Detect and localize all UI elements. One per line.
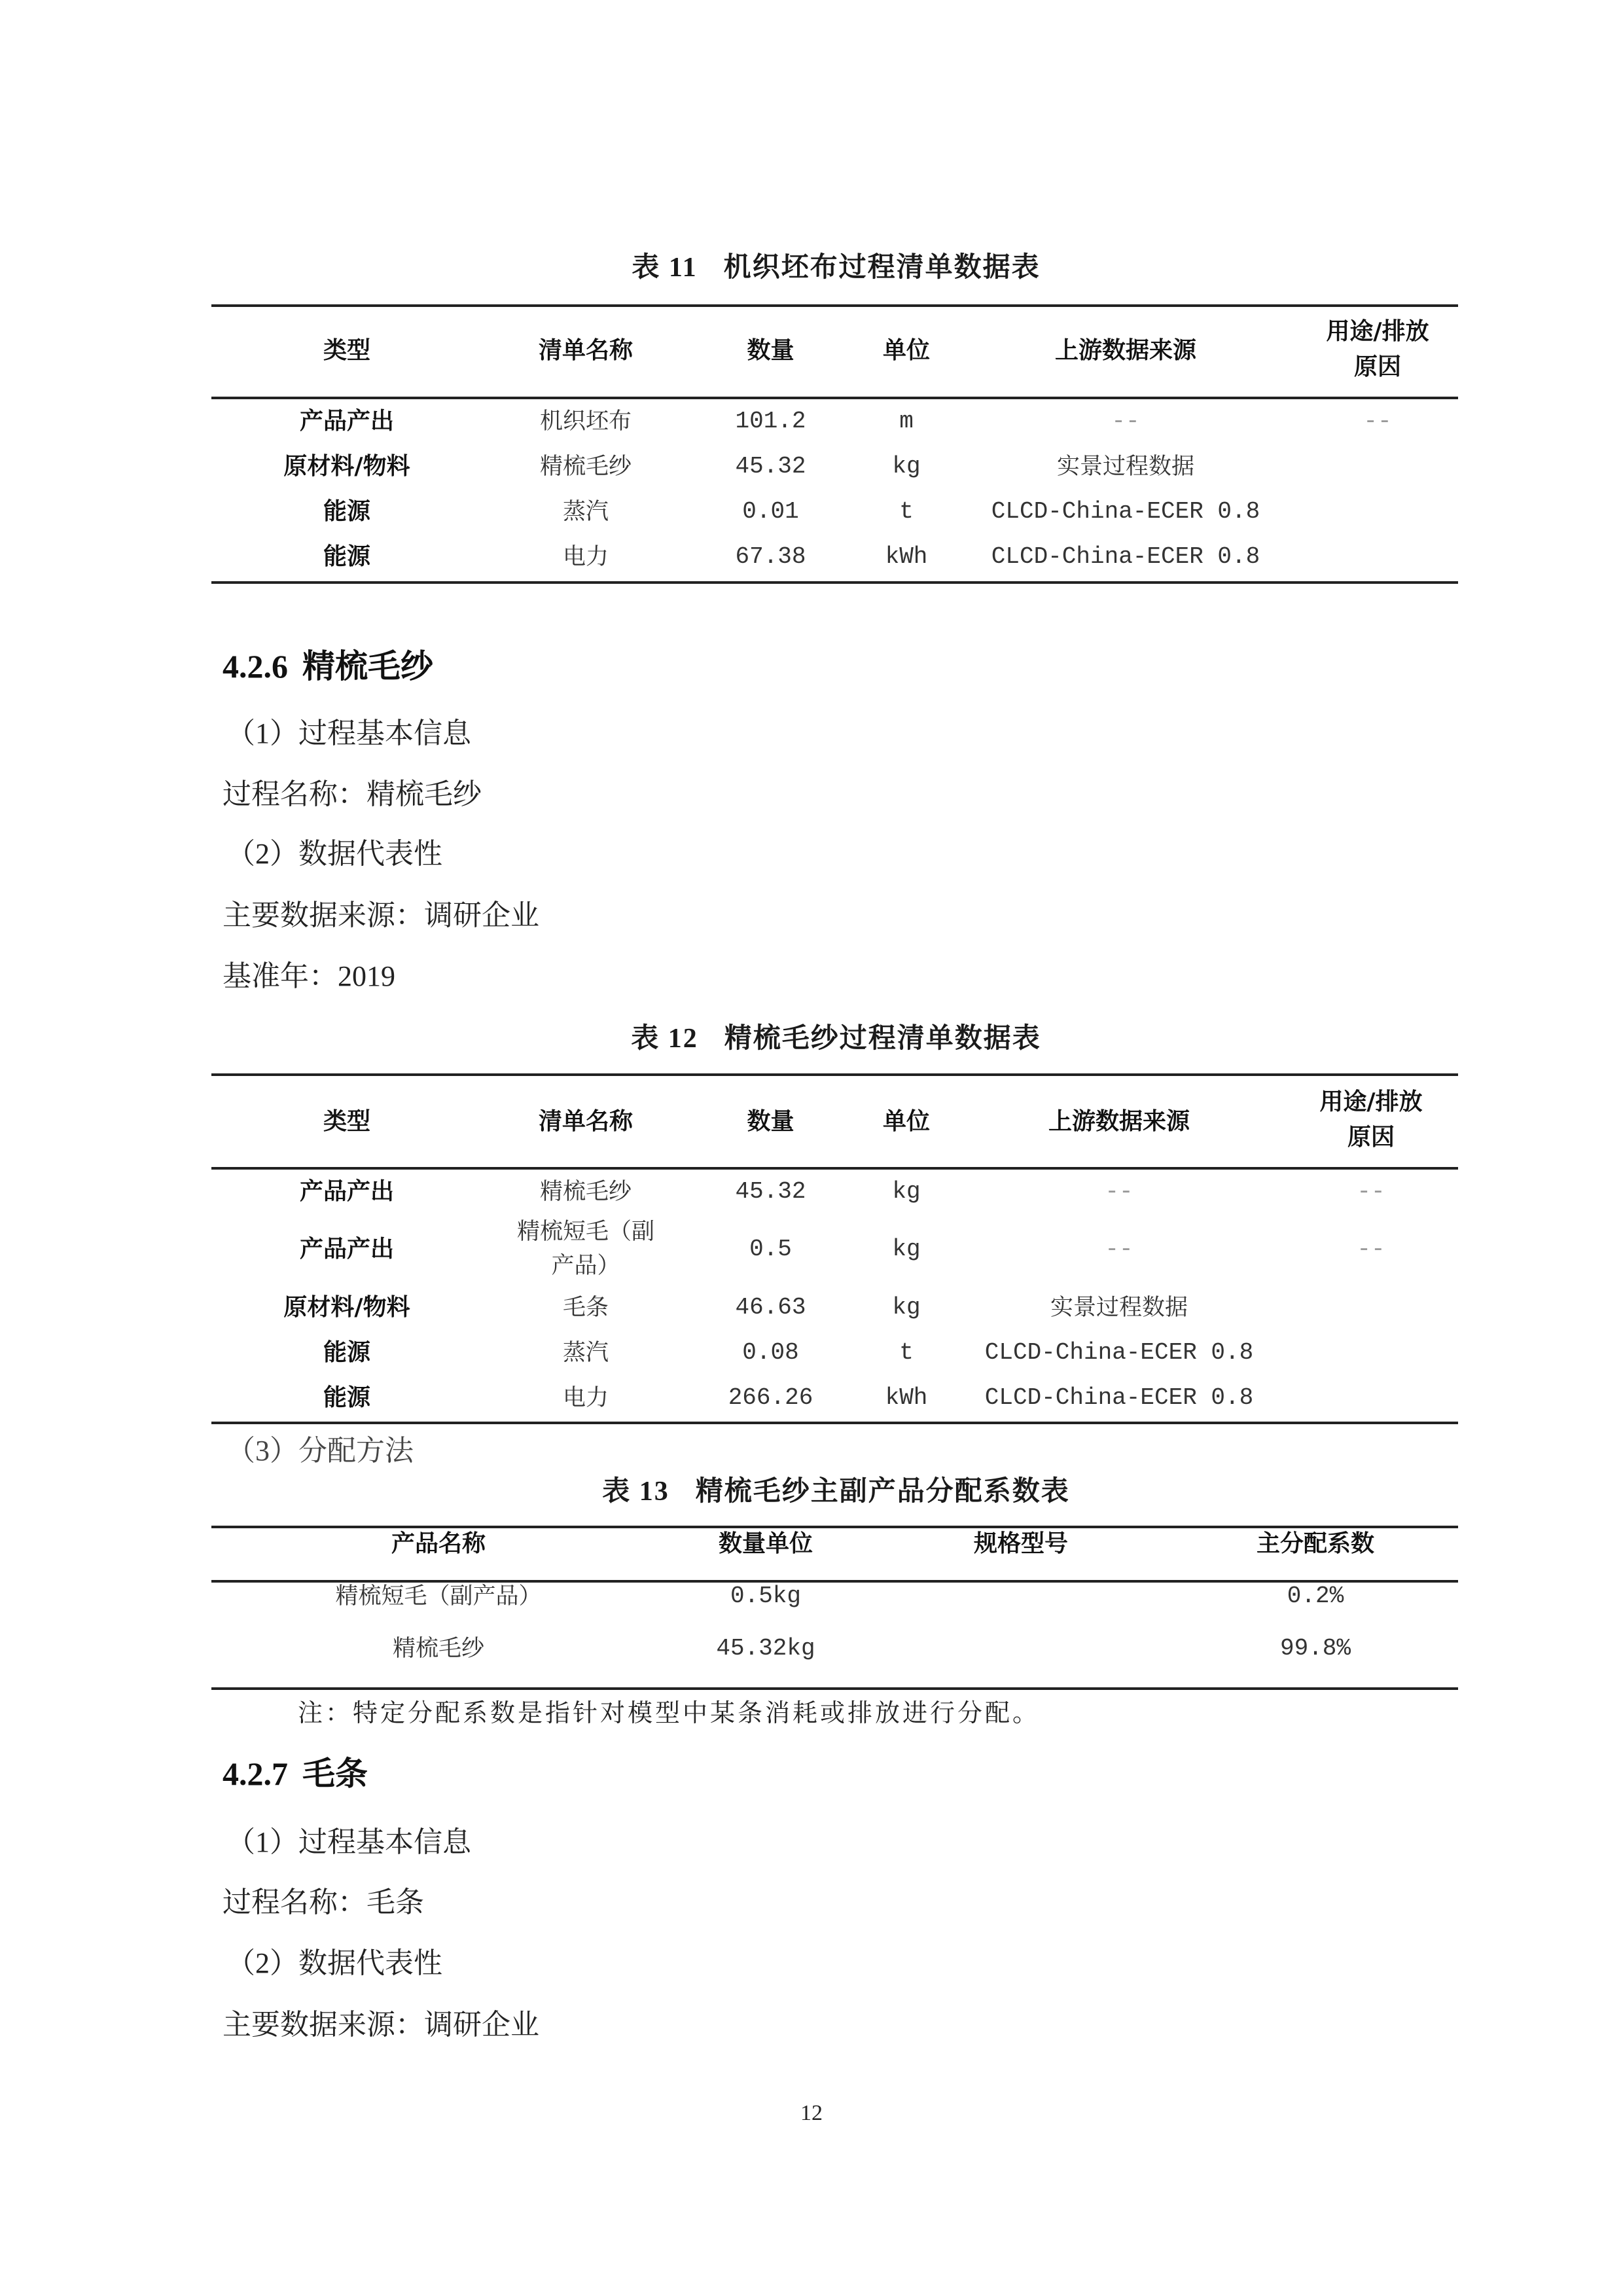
table-13-number: 表 13 bbox=[602, 1477, 669, 1507]
table-11-row-4-unit: kWh bbox=[851, 541, 962, 573]
table-12-row-5-unit: kWh bbox=[851, 1382, 962, 1414]
table-12-row-3-type: 原材料/物料 bbox=[249, 1292, 445, 1323]
table-12-row-1-source: -- bbox=[988, 1176, 1250, 1208]
section-427-para-3: （2）数据代表性 bbox=[226, 1939, 442, 1981]
table-13-header-spec: 规格型号 bbox=[890, 1528, 1152, 1560]
table-12-row-1-name: 精梳毛纱 bbox=[504, 1176, 668, 1208]
table-11-row-1-reason: -- bbox=[1302, 406, 1453, 437]
table-11-row-2-name: 精梳毛纱 bbox=[504, 451, 668, 482]
table-11-row-4-qty: 67.38 bbox=[713, 541, 828, 573]
table-12-header-rule bbox=[211, 1167, 1458, 1170]
table-12-number: 表 12 bbox=[631, 1024, 698, 1054]
section-427-title: 毛条 bbox=[302, 1755, 368, 1792]
section-426-heading: 4.2.6精梳毛纱 bbox=[223, 640, 433, 687]
table-13-header-coef: 主分配系数 bbox=[1178, 1528, 1453, 1560]
table-11-header-rule bbox=[211, 397, 1458, 399]
table-11-title: 机织坯布过程清单数据表 bbox=[724, 253, 1041, 283]
table-12-row-4-type: 能源 bbox=[249, 1337, 445, 1369]
table-12-row-5-qty: 266.26 bbox=[713, 1382, 828, 1414]
table-13-row-1-coef: 0.2% bbox=[1178, 1581, 1453, 1612]
table-13-row-1-amount: 0.5kg bbox=[622, 1581, 910, 1612]
table-11-row-1-source: -- bbox=[995, 406, 1257, 437]
table-11-row-4-name: 电力 bbox=[504, 541, 668, 573]
table-12-bottom-rule bbox=[211, 1422, 1458, 1424]
table-12-row-2-name-line2: 产品） bbox=[491, 1250, 681, 1282]
table-11-header-unit: 单位 bbox=[851, 335, 962, 367]
table-11-row-1-unit: m bbox=[851, 406, 962, 437]
table-11-row-3-source: CLCD-China-ECER 0.8 bbox=[969, 496, 1283, 528]
table-13-row-2-coef: 99.8% bbox=[1178, 1633, 1453, 1664]
table-12-header-reason-line2: 原因 bbox=[1296, 1122, 1446, 1153]
table-11-bottom-rule bbox=[211, 581, 1458, 584]
table-12-row-3-source: 实景过程数据 bbox=[988, 1292, 1250, 1323]
page-number: 12 bbox=[0, 2101, 1623, 2126]
section-426-para-2: 过程名称：精梳毛纱 bbox=[223, 770, 482, 812]
table-13-header-product: 产品名称 bbox=[281, 1528, 596, 1560]
table-11-row-1-type: 产品产出 bbox=[249, 406, 445, 437]
table-12-row-5-name: 电力 bbox=[504, 1382, 668, 1414]
table-11-header-reason-line2: 原因 bbox=[1302, 351, 1453, 383]
table-11-row-1-qty: 101.2 bbox=[713, 406, 828, 437]
table-12-row-2-unit: kg bbox=[851, 1234, 962, 1265]
table-13-title: 精梳毛纱主副产品分配系数表 bbox=[696, 1477, 1070, 1507]
table-11-header-qty: 数量 bbox=[713, 335, 828, 367]
table-11-row-3-unit: t bbox=[851, 496, 962, 528]
table-12-row-5-source: CLCD-China-ECER 0.8 bbox=[962, 1382, 1276, 1414]
table-11-row-2-unit: kg bbox=[851, 451, 962, 482]
table-11-caption: 表 11机织坯布过程清单数据表 bbox=[214, 245, 1458, 285]
table-11-header-reason-line1: 用途/排放 bbox=[1302, 316, 1453, 348]
table-13-row-1-product: 精梳短毛（副产品） bbox=[281, 1581, 596, 1612]
table-11-header-type: 类型 bbox=[281, 335, 412, 367]
table-12-header-source: 上游数据来源 bbox=[988, 1106, 1250, 1138]
table-12-row-3-unit: kg bbox=[851, 1292, 962, 1323]
table-13-caption: 表 13精梳毛纱主副产品分配系数表 bbox=[214, 1469, 1458, 1509]
table-13-bottom-rule bbox=[211, 1687, 1458, 1690]
table-11-row-4-type: 能源 bbox=[249, 541, 445, 573]
table-12-row-2-type: 产品产出 bbox=[249, 1234, 445, 1265]
table-12-row-3-qty: 46.63 bbox=[713, 1292, 828, 1323]
table-11-row-2-qty: 45.32 bbox=[713, 451, 828, 482]
table-12-row-1-reason: -- bbox=[1296, 1176, 1446, 1208]
table-12-row-2-reason: -- bbox=[1296, 1234, 1446, 1265]
table-12-row-1-qty: 45.32 bbox=[713, 1176, 828, 1208]
section-427-para-2: 过程名称：毛条 bbox=[223, 1878, 424, 1920]
section-426-number: 4.2.6 bbox=[223, 648, 288, 685]
section-427-number: 4.2.7 bbox=[223, 1755, 288, 1792]
section-426-para-5: 基准年：2019 bbox=[223, 952, 395, 994]
section-426-para-1: （1）过程基本信息 bbox=[226, 709, 471, 751]
section-426-para-3: （2）数据代表性 bbox=[226, 830, 442, 872]
table-11-row-1-name: 机织坯布 bbox=[504, 406, 668, 437]
table-12-row-4-unit: t bbox=[851, 1337, 962, 1369]
table-12-row-3-name: 毛条 bbox=[504, 1292, 668, 1323]
table-12-row-5-type: 能源 bbox=[249, 1382, 445, 1414]
table-12-row-2-name-line1: 精梳短毛（副 bbox=[491, 1216, 681, 1247]
table-11-row-3-type: 能源 bbox=[249, 496, 445, 528]
table-12-row-2-qty: 0.5 bbox=[713, 1234, 828, 1265]
section-427-para-4: 主要数据来源：调研企业 bbox=[223, 2001, 539, 2043]
table-12-header-unit: 单位 bbox=[851, 1106, 962, 1138]
table-12-header-reason-line1: 用途/排放 bbox=[1296, 1086, 1446, 1118]
table-12-row-4-source: CLCD-China-ECER 0.8 bbox=[962, 1337, 1276, 1369]
table-11-row-4-source: CLCD-China-ECER 0.8 bbox=[969, 541, 1283, 573]
allocation-method-label: （3）分配方法 bbox=[226, 1427, 414, 1469]
table-11-top-rule bbox=[211, 304, 1458, 307]
section-427-heading: 4.2.7毛条 bbox=[223, 1748, 368, 1795]
table-11-row-2-source: 实景过程数据 bbox=[995, 451, 1257, 482]
table-12-row-1-unit: kg bbox=[851, 1176, 962, 1208]
table-13-row-2-amount: 45.32kg bbox=[622, 1633, 910, 1664]
table-11-header-source: 上游数据来源 bbox=[995, 335, 1257, 367]
table-12-header-type: 类型 bbox=[281, 1106, 412, 1138]
table-12-row-1-type: 产品产出 bbox=[249, 1176, 445, 1208]
table-11-row-3-name: 蒸汽 bbox=[504, 496, 668, 528]
table-11-number: 表 11 bbox=[632, 253, 697, 283]
table-12-top-rule bbox=[211, 1073, 1458, 1076]
table-11-row-2-type: 原材料/物料 bbox=[249, 451, 445, 482]
table-11-row-3-qty: 0.01 bbox=[713, 496, 828, 528]
table-13-row-2-product: 精梳毛纱 bbox=[281, 1633, 596, 1664]
table-12-row-2-source: -- bbox=[988, 1234, 1250, 1265]
table-12-row-4-name: 蒸汽 bbox=[504, 1337, 668, 1369]
table-12-caption: 表 12精梳毛纱过程清单数据表 bbox=[214, 1016, 1458, 1056]
table-12-title: 精梳毛纱过程清单数据表 bbox=[724, 1024, 1041, 1054]
table-13-note: 注：特定分配系数是指针对模型中某条消耗或排放进行分配。 bbox=[298, 1693, 1040, 1729]
table-12-header-name: 清单名称 bbox=[504, 1106, 668, 1138]
section-427-para-1: （1）过程基本信息 bbox=[226, 1818, 471, 1860]
table-12-row-4-qty: 0.08 bbox=[713, 1337, 828, 1369]
table-13-header-amount: 数量单位 bbox=[622, 1528, 910, 1560]
table-12-header-qty: 数量 bbox=[713, 1106, 828, 1138]
section-426-title: 精梳毛纱 bbox=[302, 648, 433, 685]
section-426-para-4: 主要数据来源：调研企业 bbox=[223, 891, 539, 933]
table-11-header-name: 清单名称 bbox=[504, 335, 668, 367]
